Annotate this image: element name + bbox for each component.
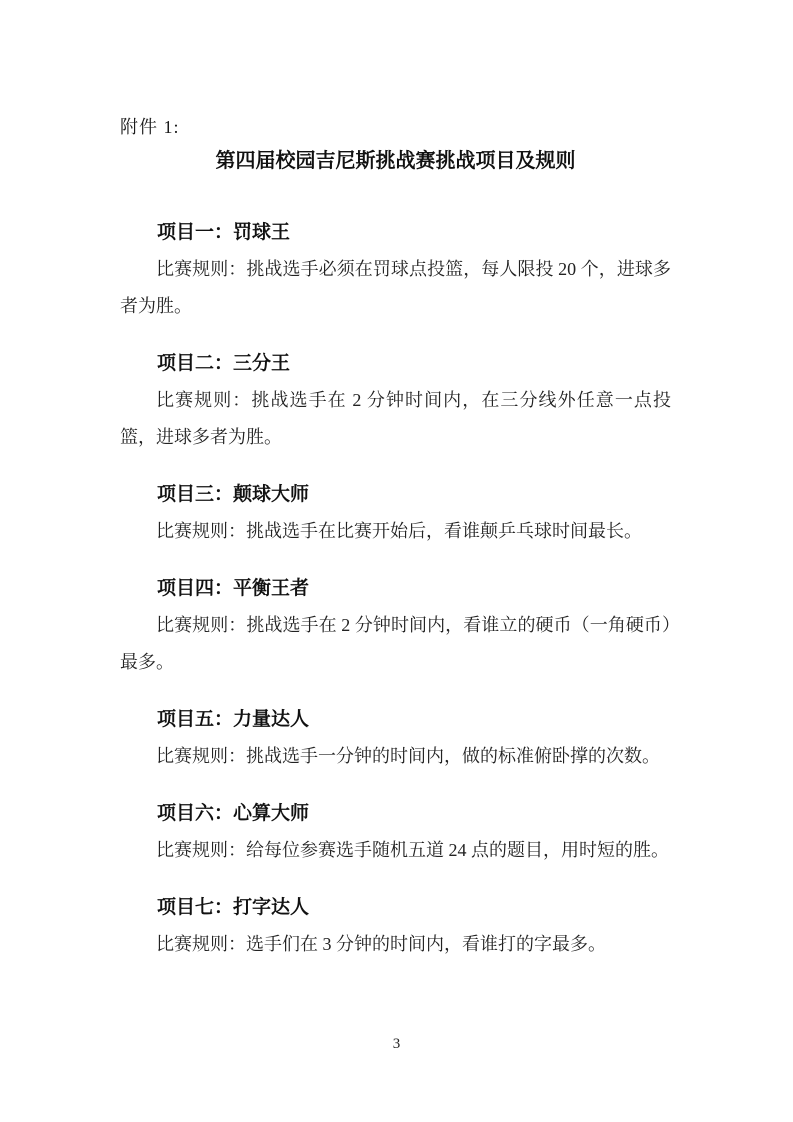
challenge-section-7: 项目七：打字达人 比赛规则：选手们在 3 分钟的时间内，看谁打的字最多。 (120, 889, 671, 963)
section-heading: 项目四：平衡王者 (120, 570, 671, 607)
challenge-section-5: 项目五：力量达人 比赛规则：挑战选手一分钟的时间内，做的标准俯卧撑的次数。 (120, 701, 671, 775)
challenge-section-1: 项目一：罚球王 比赛规则：挑战选手必须在罚球点投篮，每人限投 20 个，进球多者… (120, 214, 671, 325)
page-number: 3 (0, 1036, 793, 1053)
document-page: 附件 1: 第四届校园吉尼斯挑战赛挑战项目及规则 项目一：罚球王 比赛规则：挑战… (0, 0, 793, 1122)
challenge-section-6: 项目六：心算大师 比赛规则：给每位参赛选手随机五道 24 点的题目，用时短的胜。 (120, 795, 671, 869)
rule-paragraph: 比赛规则：挑战选手在比赛开始后，看谁颠乒乓球时间最长。 (120, 513, 671, 550)
document-title: 第四届校园吉尼斯挑战赛挑战项目及规则 (120, 144, 671, 178)
challenge-section-4: 项目四：平衡王者 比赛规则：挑战选手在 2 分钟时间内，看谁立的硬币（一角硬币）… (120, 570, 671, 681)
section-heading: 项目三：颠球大师 (120, 476, 671, 513)
section-heading: 项目七：打字达人 (120, 889, 671, 926)
challenge-section-3: 项目三：颠球大师 比赛规则：挑战选手在比赛开始后，看谁颠乒乓球时间最长。 (120, 476, 671, 550)
section-heading: 项目六：心算大师 (120, 795, 671, 832)
rule-paragraph: 比赛规则：挑战选手一分钟的时间内，做的标准俯卧撑的次数。 (120, 738, 671, 775)
attachment-label: 附件 1: (120, 112, 671, 142)
rule-paragraph: 比赛规则：挑战选手在 2 分钟时间内，看谁立的硬币（一角硬币）最多。 (120, 607, 671, 681)
rule-paragraph: 比赛规则：挑战选手在 2 分钟时间内，在三分线外任意一点投篮，进球多者为胜。 (120, 382, 671, 456)
rule-paragraph: 比赛规则：给每位参赛选手随机五道 24 点的题目，用时短的胜。 (120, 832, 671, 869)
section-heading: 项目五：力量达人 (120, 701, 671, 738)
rule-paragraph: 比赛规则：选手们在 3 分钟的时间内，看谁打的字最多。 (120, 926, 671, 963)
rule-paragraph: 比赛规则：挑战选手必须在罚球点投篮，每人限投 20 个，进球多者为胜。 (120, 251, 671, 325)
challenge-section-2: 项目二：三分王 比赛规则：挑战选手在 2 分钟时间内，在三分线外任意一点投篮，进… (120, 345, 671, 456)
section-heading: 项目一：罚球王 (120, 214, 671, 251)
section-heading: 项目二：三分王 (120, 345, 671, 382)
